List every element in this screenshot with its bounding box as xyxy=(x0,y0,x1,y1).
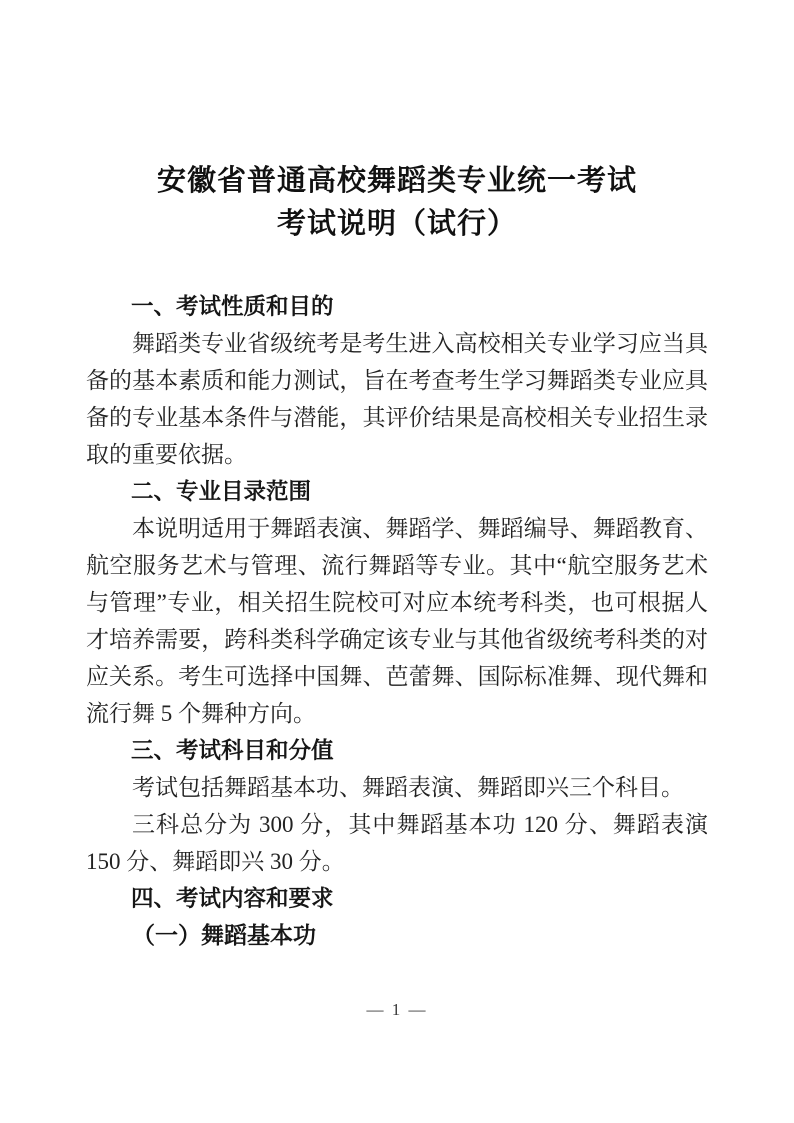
section-heading-3: 三、考试科目和分值 xyxy=(86,732,708,769)
document-page: 安徽省普通高校舞蹈类专业统一考试 考试说明（试行） 一、考试性质和目的 舞蹈类专… xyxy=(0,0,794,1123)
document-body: 一、考试性质和目的 舞蹈类专业省级统考是考生进入高校相关专业学习应当具备的基本素… xyxy=(0,288,794,954)
page-number: — 1 — xyxy=(0,999,794,1021)
section-3-paragraph-2: 三科总分为 300 分，其中舞蹈基本功 120 分、舞蹈表演 150 分、舞蹈即… xyxy=(86,806,708,880)
section-heading-4: 四、考试内容和要求 xyxy=(86,880,708,917)
section-1-paragraph: 舞蹈类专业省级统考是考生进入高校相关专业学习应当具备的基本素质和能力测试，旨在考… xyxy=(86,325,708,473)
title-line-1: 安徽省普通高校舞蹈类专业统一考试 xyxy=(0,160,794,203)
section-heading-1: 一、考试性质和目的 xyxy=(86,288,708,325)
subsection-heading-4-1: （一）舞蹈基本功 xyxy=(86,917,708,954)
section-heading-2: 二、专业目录范围 xyxy=(86,473,708,510)
title-line-2: 考试说明（试行） xyxy=(0,203,794,246)
section-2-paragraph: 本说明适用于舞蹈表演、舞蹈学、舞蹈编导、舞蹈教育、航空服务艺术与管理、流行舞蹈等… xyxy=(86,510,708,732)
document-title: 安徽省普通高校舞蹈类专业统一考试 考试说明（试行） xyxy=(0,160,794,246)
section-3-paragraph-1: 考试包括舞蹈基本功、舞蹈表演、舞蹈即兴三个科目。 xyxy=(86,769,708,806)
